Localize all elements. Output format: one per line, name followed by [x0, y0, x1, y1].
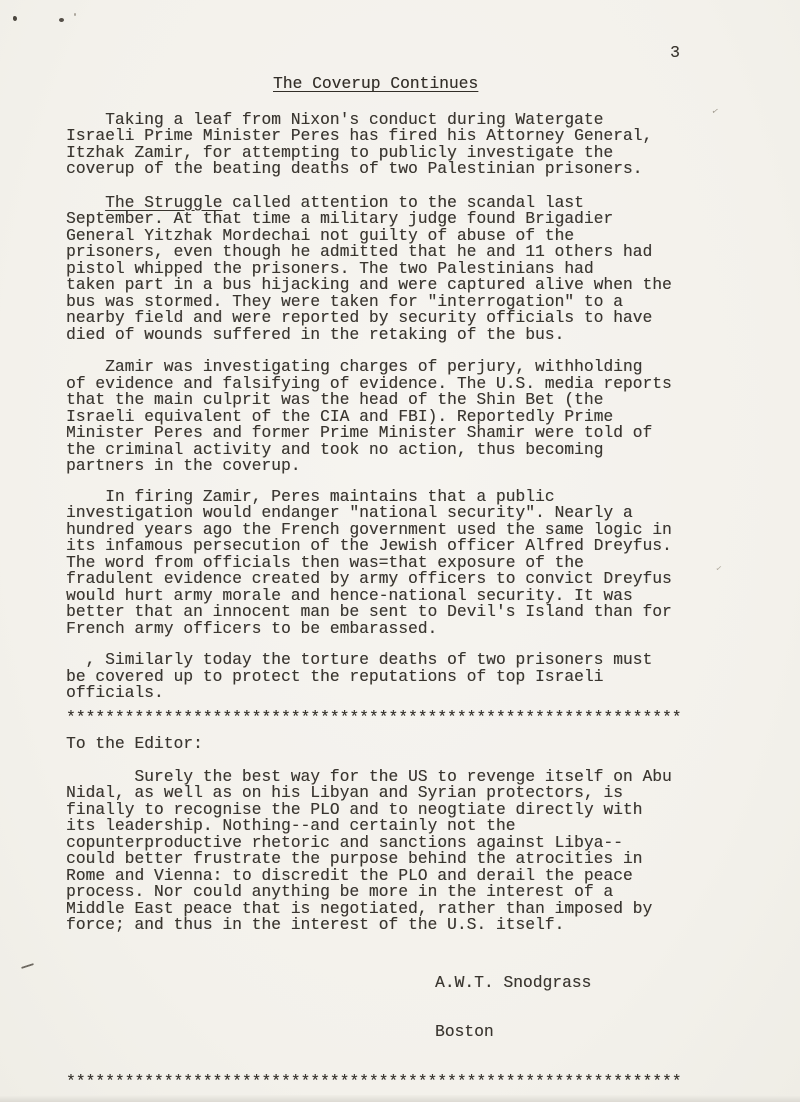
asterisk-separator-top: ****************************************…: [66, 710, 756, 727]
handwritten-dash-artifact: [21, 963, 34, 969]
paragraph-zamir-investigation: Zamir was investigating charges of perju…: [66, 359, 756, 475]
paragraph-similarly-today: , Similarly today the torture deaths of …: [66, 652, 756, 702]
paragraph-the-struggle: The Struggle called attention to the sca…: [66, 195, 756, 344]
paragraph-text: called attention to the scandal last Sep…: [66, 193, 672, 344]
document-page: 3 The Coverup Continues Taking a leaf fr…: [0, 0, 800, 1102]
letter-salutation: To the Editor:: [66, 736, 756, 753]
page-title: The Coverup Continues: [273, 76, 478, 93]
signature-name: A.W.T. Snodgrass: [435, 975, 756, 992]
signature-city: Boston: [435, 1024, 756, 1041]
title-row: The Coverup Continues: [66, 0, 756, 93]
letter-signature: A.W.T. Snodgrass Boston: [435, 942, 756, 1074]
scan-speck-artifact: [13, 16, 17, 21]
document-content: The Coverup Continues Taking a leaf from…: [66, 0, 756, 1090]
paragraph-nixon-watergate: Taking a leaf from Nixon's conduct durin…: [66, 112, 756, 178]
asterisk-separator-bottom: ****************************************…: [66, 1074, 756, 1091]
paragraph-dreyfus-comparison: In firing Zamir, Peres maintains that a …: [66, 489, 756, 638]
scan-speck-artifact: [59, 18, 64, 22]
letter-body: Surely the best way for the US to reveng…: [66, 769, 756, 934]
